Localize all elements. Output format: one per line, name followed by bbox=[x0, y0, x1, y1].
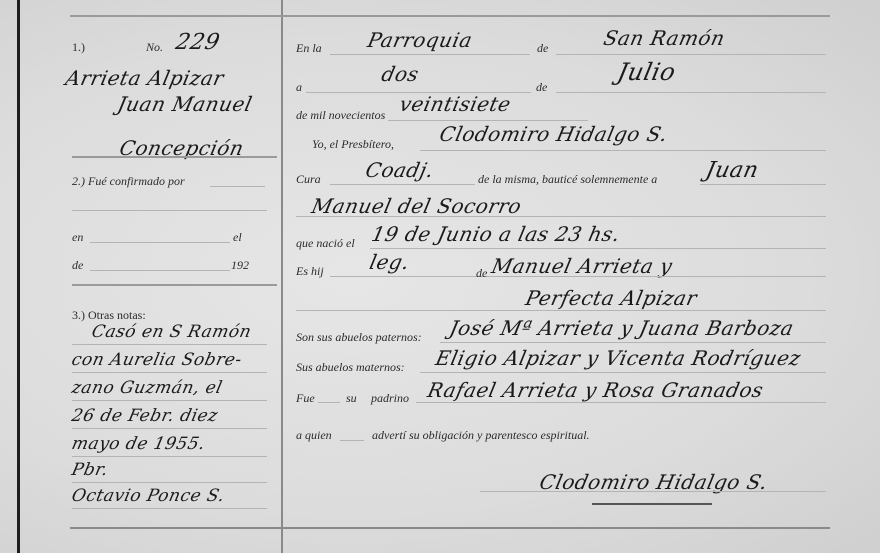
rule bbox=[90, 270, 230, 271]
su-label: su bbox=[346, 391, 357, 406]
cura-value: Coadj. bbox=[363, 158, 436, 182]
left-margin-rule bbox=[17, 0, 20, 553]
de-label-1: de bbox=[537, 41, 548, 56]
top-rule bbox=[70, 15, 830, 17]
en-la-label: En la bbox=[296, 41, 322, 56]
father-name: Manuel Arrieta y bbox=[489, 254, 674, 278]
notes-line-6: Pbr. bbox=[70, 460, 110, 480]
rule bbox=[318, 402, 340, 403]
rule bbox=[388, 120, 588, 121]
rule bbox=[490, 276, 826, 277]
priest-label: Yo, el Presbítero, bbox=[312, 137, 394, 152]
notes-line-5: mayo de 1955. bbox=[70, 434, 207, 454]
rule bbox=[72, 372, 267, 373]
de-label-2: de bbox=[536, 80, 547, 95]
rule bbox=[556, 54, 826, 55]
de-parents-label: de bbox=[476, 266, 487, 281]
column-divider bbox=[281, 0, 283, 553]
priest-name: Clodomiro Hidalgo S. bbox=[437, 122, 670, 146]
born-label: que nació el bbox=[296, 236, 355, 251]
child-name-rest: Manuel del Socorro bbox=[309, 194, 523, 218]
rule bbox=[72, 400, 267, 401]
rule bbox=[556, 92, 826, 93]
rule bbox=[296, 310, 826, 311]
notes-line-1: Casó en S Ramón bbox=[90, 322, 253, 342]
record-number: 229 bbox=[173, 30, 222, 55]
rule bbox=[370, 248, 826, 249]
section-divider-2 bbox=[72, 284, 277, 286]
rule bbox=[72, 456, 267, 457]
es-hij-label: Es hij bbox=[296, 264, 324, 279]
fue-label: Fue bbox=[296, 391, 315, 406]
godparents: Rafael Arrieta y Rosa Granados bbox=[425, 378, 765, 402]
baptism-text: de la misma, bauticé solemnemente a bbox=[478, 172, 657, 187]
rule bbox=[420, 372, 826, 373]
paternal-label: Son sus abuelos paternos: bbox=[296, 330, 422, 345]
rule bbox=[330, 276, 490, 277]
day-value: dos bbox=[379, 62, 421, 86]
rule bbox=[72, 344, 267, 345]
rule bbox=[440, 342, 826, 343]
child-given-name: Juan Manuel bbox=[115, 92, 254, 116]
baptism-record-page: 1.) No. 229 Arrieta Alpizar Juan Manuel … bbox=[0, 0, 880, 553]
no-label: No. bbox=[146, 40, 163, 55]
confirmation-el-label: el bbox=[233, 230, 242, 245]
a-label: a bbox=[296, 80, 302, 95]
parish-name: San Ramón bbox=[601, 26, 727, 50]
rule bbox=[72, 210, 267, 211]
entry-number-label: 1.) bbox=[72, 40, 85, 55]
notes-line-3: zano Guzmán, el bbox=[70, 378, 224, 398]
rule bbox=[340, 440, 364, 441]
rule bbox=[72, 482, 267, 483]
rule bbox=[700, 184, 826, 185]
paternal-grandparents: José Mª Arrieta y Juana Barboza bbox=[447, 316, 796, 340]
confirmation-de-label: de bbox=[72, 258, 83, 273]
padrino-label: padrino bbox=[371, 391, 409, 406]
maternal-grandparents: Eligio Alpizar y Vicenta Rodríguez bbox=[433, 346, 803, 370]
rule bbox=[330, 184, 475, 185]
rule bbox=[330, 54, 530, 55]
born-value: 19 de Junio a las 23 hs. bbox=[369, 222, 622, 246]
signature-underline bbox=[592, 503, 712, 505]
rule bbox=[72, 428, 267, 429]
child-name-first: Juan bbox=[703, 158, 761, 183]
section-divider-1 bbox=[72, 156, 277, 158]
legitimacy-value: leg. bbox=[367, 250, 412, 274]
year-label: de mil novecientos bbox=[296, 108, 385, 123]
bottom-rule bbox=[70, 527, 830, 529]
notes-signature: Octavio Ponce S. bbox=[70, 486, 227, 506]
cura-label: Cura bbox=[296, 172, 321, 187]
advice-label-text: advertí su obligación y parentesco espir… bbox=[372, 428, 590, 443]
church-type: Parroquia bbox=[365, 28, 474, 52]
rule bbox=[72, 508, 267, 509]
rule bbox=[210, 186, 265, 187]
notes-line-2: con Aurelia Sobre- bbox=[70, 350, 244, 370]
signature-rule bbox=[480, 491, 826, 492]
advice-label-a-quien: a quien bbox=[296, 428, 332, 443]
child-surnames: Arrieta Alpizar bbox=[63, 66, 226, 90]
year-value: veintisiete bbox=[397, 92, 513, 116]
rule bbox=[296, 216, 826, 217]
mother-name: Perfecta Alpizar bbox=[523, 286, 699, 310]
confirmation-label: 2.) Fué confirmado por bbox=[72, 174, 185, 189]
month-value: Julio bbox=[615, 58, 678, 86]
rule bbox=[90, 242, 230, 243]
other-notes-label: 3.) Otras notas: bbox=[72, 308, 146, 323]
notes-line-4: 26 de Febr. diez bbox=[70, 406, 220, 426]
rule bbox=[420, 150, 826, 151]
confirmation-year-prefix: 192 bbox=[231, 258, 249, 273]
confirmation-en-label: en bbox=[72, 230, 83, 245]
maternal-label: Sus abuelos maternos: bbox=[296, 360, 405, 375]
rule bbox=[416, 402, 826, 403]
